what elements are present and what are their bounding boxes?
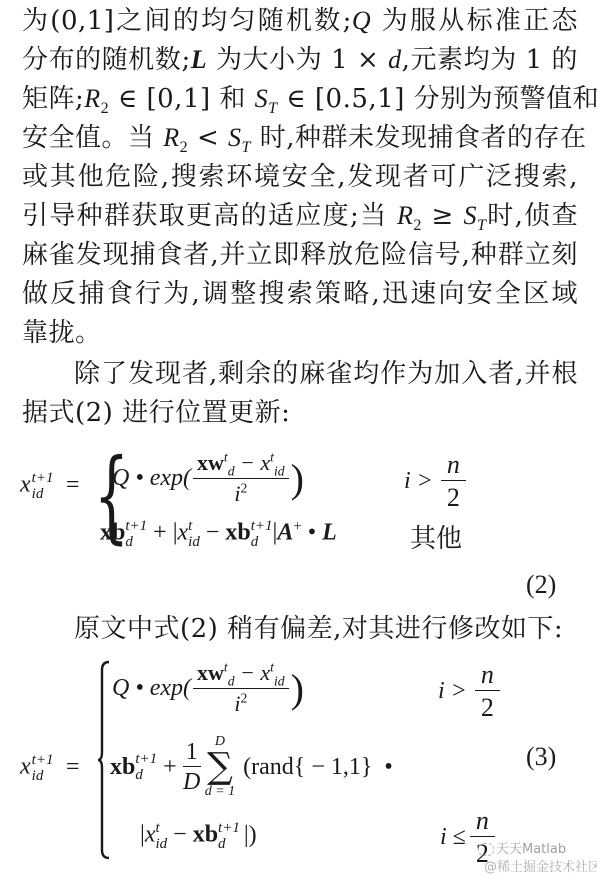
- math-var-r: R: [84, 84, 100, 113]
- text-segment: 分布的随机数;: [22, 45, 191, 75]
- math-text: −: [200, 520, 226, 546]
- math-subscript: 2: [101, 100, 110, 117]
- text-segment: ∈ [0.5,1] 分别为预警值和: [278, 84, 597, 114]
- fraction-denominator: i2: [234, 689, 247, 717]
- text-line: 做反捕食行为,调整搜索策略,迅速向安全区域: [22, 277, 578, 311]
- text-segment: 为(0,1]之间的均匀随机数;: [22, 6, 352, 36]
- math-subscript: d: [228, 673, 235, 688]
- math-subscript: T: [242, 139, 251, 156]
- watermark-text: 天天Matlab: [496, 842, 566, 857]
- close-paren: ): [291, 459, 304, 499]
- text-line: 矩阵;R2 ∈ [0,1] 和 ST ∈ [0.5,1] 分别为预警值和: [22, 82, 578, 116]
- equation-case-2: xbt+1d + |xtid − xbt+1d|A+ • L: [100, 518, 337, 550]
- text-line: 安全值。当 R2 < ST 时,种群未发现捕食者的存在: [22, 121, 578, 155]
- math-var-s: S: [228, 123, 242, 152]
- text-segment: ∈ [0,1] 和: [109, 84, 254, 114]
- fraction: n 2: [441, 450, 466, 513]
- text-segment: 安全值。当: [22, 123, 163, 153]
- text-line: 据式(2) 进行位置更新:: [22, 396, 578, 430]
- math-var-s: S: [463, 201, 477, 230]
- math-text: Q • exp(: [112, 465, 191, 491]
- fraction-denominator: 2: [481, 691, 494, 723]
- math-var-r: R: [397, 201, 413, 230]
- fraction-numerator: n: [470, 806, 495, 837]
- math-text: − x: [235, 660, 271, 685]
- math-var-r: R: [163, 123, 179, 152]
- text-segment: 为服从标准正态: [371, 6, 578, 36]
- fraction-numerator: xwtd − xtid: [193, 450, 289, 479]
- math-subscript: d: [251, 534, 273, 550]
- math-text: +: [157, 754, 183, 781]
- math-var-s: S: [255, 84, 269, 113]
- math-subscript: 2: [180, 139, 189, 156]
- fraction: xwtd − xtid i2: [193, 660, 289, 717]
- math-superscript: t+1: [125, 518, 147, 534]
- text-line: 靠拢。: [22, 316, 578, 350]
- math-var-a: A: [277, 520, 293, 546]
- fraction-numerator: xwtd − xtid: [193, 660, 289, 689]
- text-line: 引导种群获取更高的适应度;当 R2 ≥ ST时,侦查: [22, 199, 578, 233]
- wechat-icon: [478, 843, 494, 856]
- equals-sign: =: [66, 472, 80, 499]
- equation-number: (2): [526, 570, 556, 600]
- equation-case-2: xbt+1d + 1 D D ∑ d = 1 (rand{ − 1,1} •: [110, 735, 393, 799]
- math-superscript: t: [188, 518, 200, 534]
- math-subscript: d: [125, 534, 147, 550]
- math-text: −: [167, 822, 193, 848]
- condition-text: i >: [404, 468, 433, 495]
- math-var-x: x: [20, 472, 31, 498]
- math-subscript: id: [274, 673, 285, 688]
- math-bold: xw: [197, 450, 224, 475]
- fraction-denominator: 2: [447, 481, 460, 513]
- text-segment: 引导种群获取更高的适应度;当: [22, 201, 397, 231]
- math-var-l: L: [322, 520, 337, 546]
- brace-icon: [98, 660, 110, 860]
- fraction-denominator: i2: [234, 479, 247, 507]
- math-subscript: id: [155, 836, 167, 852]
- math-bold: xb: [110, 754, 135, 781]
- watermark-line-1: 天天Matlab: [478, 838, 566, 857]
- math-text: •: [302, 520, 322, 546]
- text-segment: ,元素均为 1 的: [402, 45, 578, 75]
- condition-text: i >: [438, 678, 467, 705]
- math-text: |): [244, 822, 257, 848]
- math-subscript: 2: [413, 217, 422, 234]
- math-bold: xw: [197, 660, 224, 685]
- summation: D ∑ d = 1: [205, 735, 235, 799]
- fraction: 1 D: [183, 739, 201, 796]
- text-segment: <: [188, 123, 228, 153]
- equation-number: (3): [526, 742, 556, 772]
- math-expression: Q • exp(: [112, 465, 191, 492]
- math-superscript: t+1: [32, 470, 54, 486]
- math-subscript: d: [228, 463, 235, 478]
- text-line: 麻雀发现捕食者,并立即释放危险信号,种群立刻: [22, 238, 578, 272]
- math-superscript: 2: [240, 481, 247, 496]
- math-var-l: L: [191, 45, 207, 74]
- equation-condition-2: 其他: [410, 518, 462, 555]
- math-bold: xb: [193, 822, 218, 848]
- math-subscript: d: [218, 836, 240, 852]
- text-line: 为(0,1]之间的均匀随机数;Q 为服从标准正态: [22, 4, 578, 38]
- equation-condition-1: i > n 2: [404, 450, 466, 513]
- text-segment: 靠拢。: [22, 318, 102, 348]
- text-line: 分布的随机数;L 为大小为 1 × d,元素均为 1 的: [22, 43, 578, 77]
- left-brace: [98, 660, 110, 860]
- math-var-x: x: [178, 520, 189, 546]
- math-subscript: d: [135, 767, 157, 783]
- condition-text: i ≤: [440, 824, 466, 851]
- math-subscript: T: [268, 100, 277, 117]
- text-line: 除了发现者,剩余的麻雀均作为加入者,并根: [74, 357, 578, 391]
- equation-lhs: xt+1id: [20, 752, 53, 784]
- sum-lower-limit: d = 1: [205, 785, 235, 799]
- paragraph-3: 原文中式(2) 稍有偏差,对其进行修改如下:: [74, 612, 578, 646]
- math-superscript: t+1: [32, 752, 54, 768]
- math-superscript: t+1: [218, 820, 240, 836]
- equation-condition-1: i > n 2: [438, 660, 500, 723]
- math-var-q: Q: [352, 6, 371, 35]
- math-bold: xb: [225, 520, 250, 546]
- math-text: − x: [235, 450, 271, 475]
- text-segment: 或其他危险,搜索环境安全,发现者可广泛搜索,: [22, 162, 578, 192]
- equation-case-3: |xtid − xbt+1d|): [140, 820, 257, 852]
- math-subscript: id: [32, 486, 54, 502]
- equation-case-1: Q • exp( xwtd − xtid i2 ): [112, 450, 304, 507]
- equation-lhs: xt+1id: [20, 470, 53, 502]
- math-var-x: x: [20, 754, 31, 780]
- text-segment: ≥: [422, 201, 463, 231]
- text-line: 或其他危险,搜索环境安全,发现者可广泛搜索,: [22, 160, 578, 194]
- fraction-numerator: n: [441, 450, 466, 481]
- math-superscript: 2: [240, 691, 247, 706]
- math-subscript: id: [32, 768, 54, 784]
- text-segment: 时,侦查: [486, 201, 578, 231]
- math-subscript: id: [188, 534, 200, 550]
- math-subscript: id: [274, 463, 285, 478]
- math-superscript: +: [293, 519, 301, 535]
- math-bold: xb: [100, 520, 125, 546]
- math-superscript: t: [155, 820, 167, 836]
- text-segment: 为大小为 1 ×: [207, 45, 388, 75]
- fraction-denominator: D: [183, 767, 200, 796]
- text-segment: 矩阵;: [22, 84, 84, 114]
- math-var-d: d: [388, 45, 402, 74]
- equation-case-1: Q • exp( xwtd − xtid i2 ): [112, 660, 304, 717]
- fraction-numerator: 1: [183, 739, 201, 767]
- close-paren: ): [291, 669, 304, 709]
- text-segment: 做反捕食行为,调整搜索策略,迅速向安全区域: [22, 279, 578, 309]
- math-superscript: t+1: [135, 751, 157, 767]
- fraction: xwtd − xtid i2: [193, 450, 289, 507]
- text-segment: 时,种群未发现捕食者的存在: [251, 123, 587, 153]
- math-text: (rand{ − 1,1} •: [243, 754, 393, 781]
- math-text: +: [147, 520, 173, 546]
- fraction-numerator: n: [475, 660, 500, 691]
- math-var-x: x: [145, 822, 156, 848]
- math-text: Q • exp(: [112, 675, 191, 702]
- math-superscript: t+1: [251, 518, 273, 534]
- math-subscript: T: [477, 217, 486, 234]
- text-segment: 麻雀发现捕食者,并立即释放危险信号,种群立刻: [22, 240, 578, 270]
- sigma-symbol: ∑: [207, 749, 233, 785]
- equals-sign: =: [66, 754, 80, 781]
- watermark-line-2: @稀土掘金技术社区: [484, 856, 597, 875]
- fraction: n 2: [475, 660, 500, 723]
